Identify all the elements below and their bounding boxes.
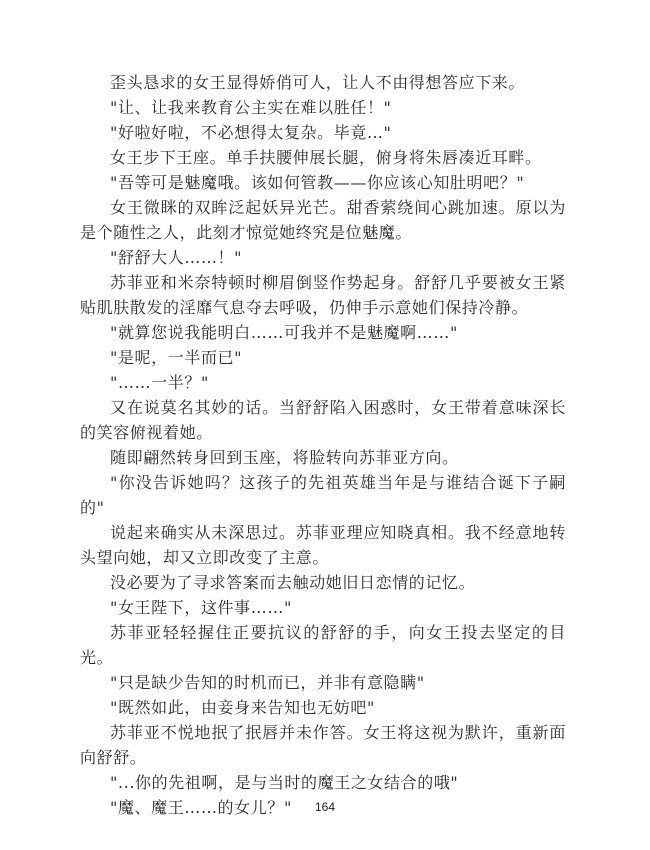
paragraph: 又在说莫名其妙的话。当舒舒陷入困惑时，女王带着意味深长的笑容俯视着她。 — [80, 395, 566, 445]
paragraph: 随即翩然转身回到玉座，将脸转向苏菲亚方向。 — [80, 445, 566, 470]
paragraph: "女王陛下，这件事……" — [80, 595, 566, 620]
paragraph: "就算您说我能明白……可我并不是魅魔啊……" — [80, 320, 566, 345]
paragraph: 说起来确实从未深思过。苏菲亚理应知晓真相。我不经意地转头望向她，却又立即改变了主… — [80, 520, 566, 570]
page-number: 164 — [0, 800, 650, 814]
paragraph: "……一半？" — [80, 370, 566, 395]
paragraph: "...你的先祖啊，是与当时的魔王之女结合的哦" — [80, 770, 566, 795]
paragraph: 女王步下王座。单手扶腰伸展长腿，俯身将朱唇凑近耳畔。 — [80, 145, 566, 170]
paragraph: 没必要为了寻求答案而去触动她旧日恋情的记忆。 — [80, 570, 566, 595]
paragraph: "只是缺少告知的时机而已，并非有意隐瞒" — [80, 670, 566, 695]
paragraph: "好啦好啦，不必想得太复杂。毕竟…" — [80, 120, 566, 145]
paragraph: 苏菲亚轻轻握住正要抗议的舒舒的手，向女王投去坚定的目光。 — [80, 620, 566, 670]
paragraph: 女王微眯的双眸泛起妖异光芒。甜香萦绕间心跳加速。原以为是个随性之人，此刻才惊觉她… — [80, 195, 566, 245]
paragraph: "既然如此，由妾身来告知也无妨吧" — [80, 695, 566, 720]
paragraph: "舒舒大人……！" — [80, 245, 566, 270]
page-body: 歪头恳求的女王显得娇俏可人，让人不由得想答应下来。 "让、让我来教育公主实在难以… — [80, 70, 566, 820]
paragraph: 歪头恳求的女王显得娇俏可人，让人不由得想答应下来。 — [80, 70, 566, 95]
paragraph: "你没告诉她吗？这孩子的先祖英雄当年是与谁结合诞下子嗣的" — [80, 470, 566, 520]
paragraph: "让、让我来教育公主实在难以胜任！" — [80, 95, 566, 120]
paragraph: "吾等可是魅魔哦。该如何管教——你应该心知肚明吧？" — [80, 170, 566, 195]
paragraph: 苏菲亚不悦地抿了抿唇并未作答。女王将这视为默许，重新面向舒舒。 — [80, 720, 566, 770]
paragraph: 苏菲亚和米奈特顿时柳眉倒竖作势起身。舒舒几乎要被女王紧贴肌肤散发的淫靡气息夺去呼… — [80, 270, 566, 320]
paragraph: "是呢，一半而已" — [80, 345, 566, 370]
